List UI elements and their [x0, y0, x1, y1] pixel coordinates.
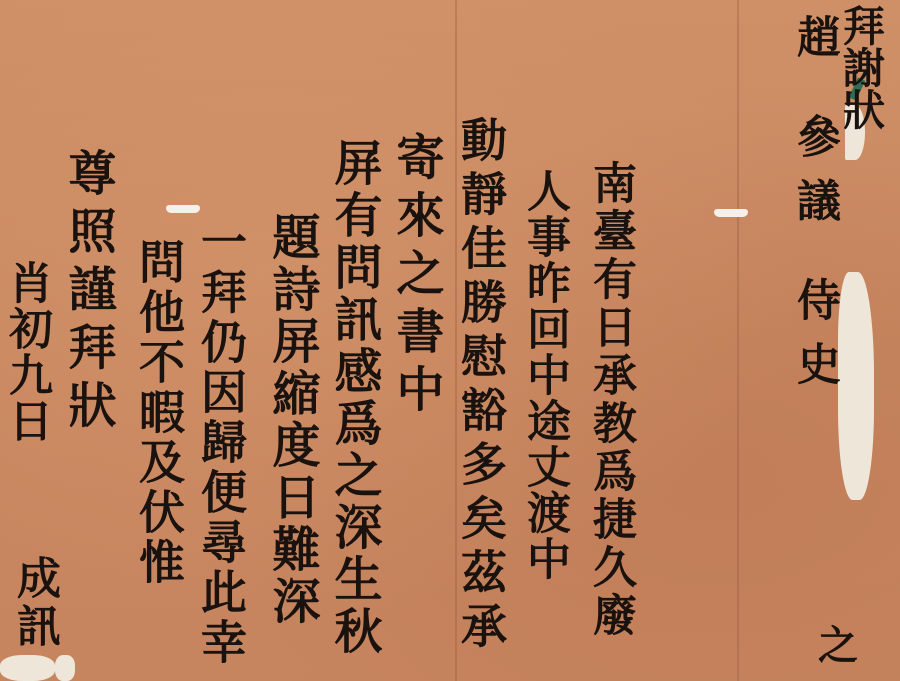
text-column-4: 人事昨回中途丈渡中: [522, 168, 566, 582]
date-column: 肖初九日: [4, 260, 48, 444]
text-column-1: 拜謝狀: [840, 4, 882, 130]
text-column-3: 南臺有日承教爲捷久廢: [588, 160, 632, 640]
closing-mark: 之: [818, 614, 858, 671]
text-column-10: 問他不暇及伏惟: [136, 238, 182, 588]
text-column-6: 寄來之書中: [392, 132, 440, 422]
binding-slot: [166, 205, 200, 213]
text-column-8: 題詩屏縮度日難深: [268, 212, 316, 628]
text-column-2: 趙 參議 侍史: [792, 14, 836, 405]
text-column-5: 動靜佳勝慰豁多矣茲承: [458, 116, 504, 656]
text-column-11: 尊照謹拜狀: [64, 148, 112, 438]
text-column-7: 屏有問訊感爲之深生秋: [330, 138, 378, 658]
text-column-9: 一拜仍因歸便尋此幸: [198, 218, 244, 668]
paper-damage-patch: [0, 655, 55, 681]
paper-fold-line: [737, 0, 739, 681]
paper-damage-patch: [55, 655, 75, 681]
letter-paper: 拜謝狀 趙 參議 侍史 南臺有日承教爲捷久廢 人事昨回中途丈渡中 動靜佳勝慰豁多…: [0, 0, 900, 681]
signature: 成訊: [12, 555, 56, 651]
binding-slot: [714, 209, 748, 217]
paper-damage-patch: [838, 272, 874, 500]
